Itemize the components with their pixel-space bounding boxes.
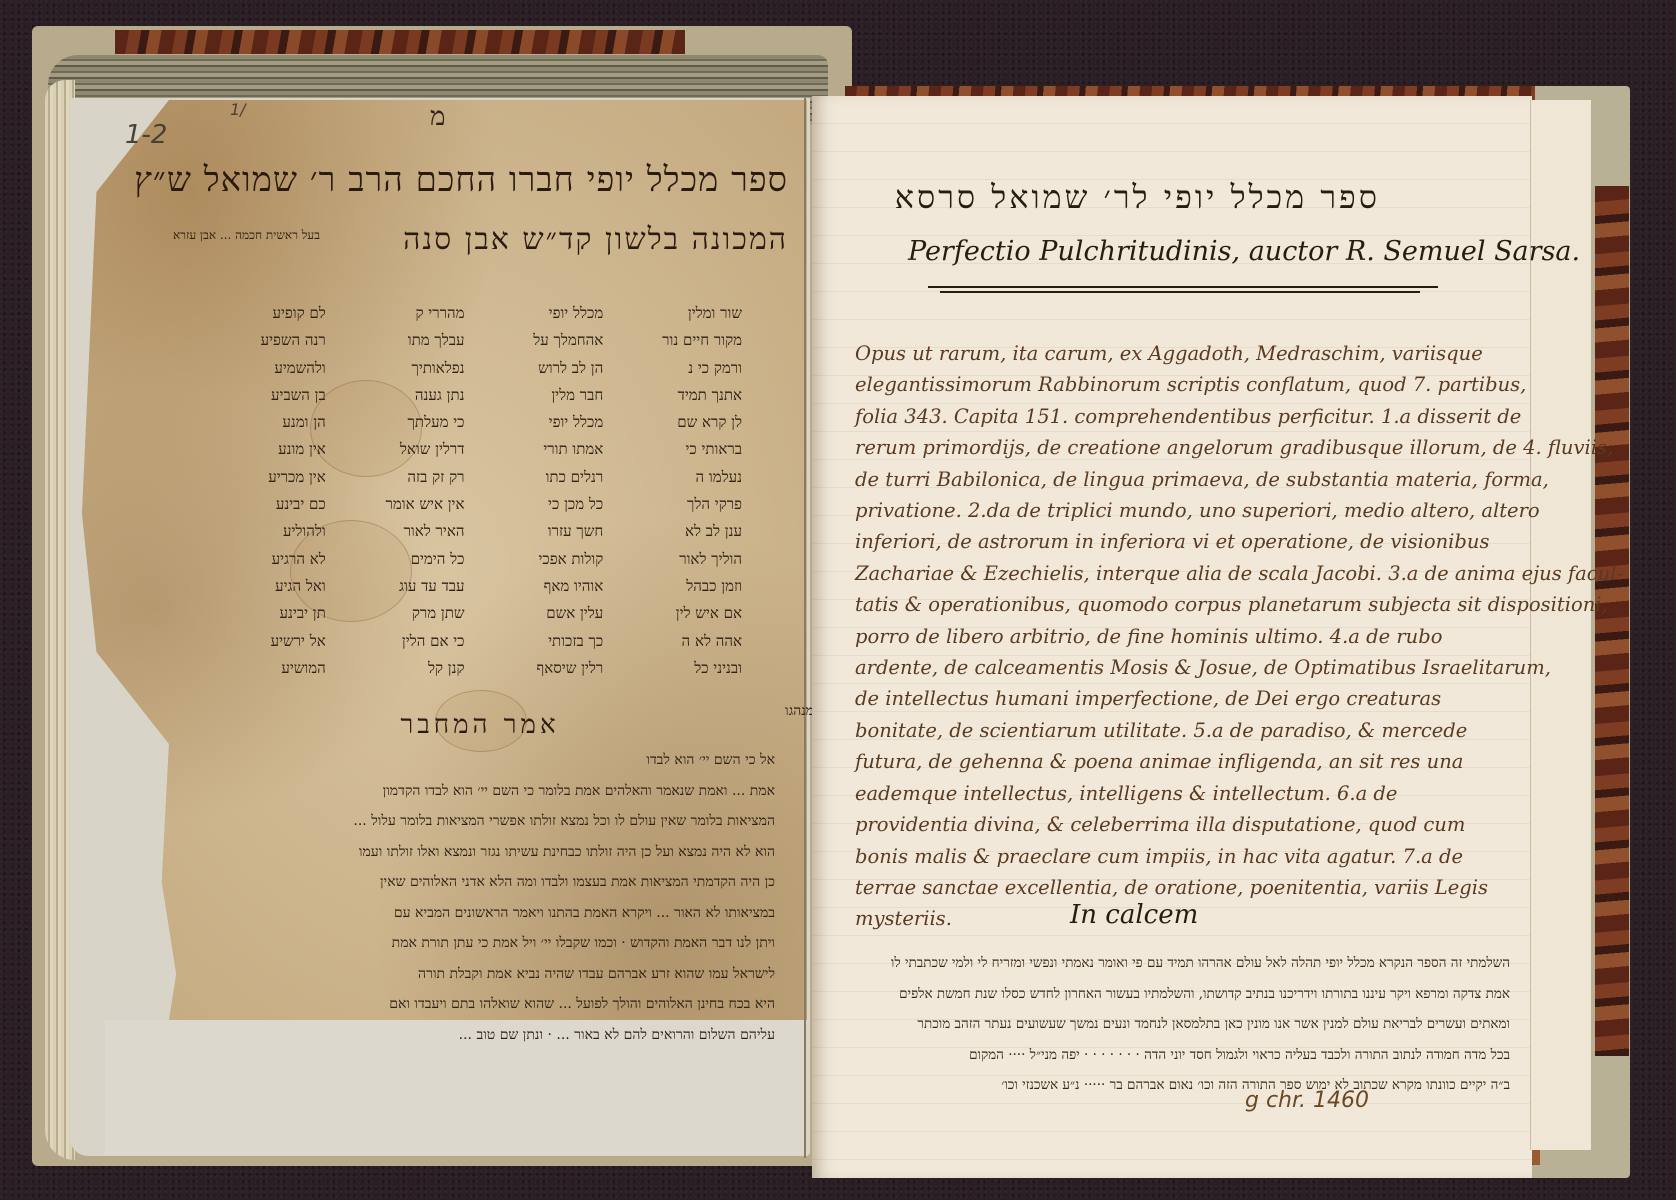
description-line: terrae sanctae excellentia, de oratione,… bbox=[855, 872, 1505, 903]
colophon-line: אמת צדקה ומרפא ויקר עיננו בתורתו וידריכנ… bbox=[835, 979, 1510, 1010]
verse-cell: נתן גענה bbox=[334, 386, 473, 413]
verse-cell: אין מונע bbox=[195, 440, 334, 467]
verse-cell: עבד עד עוג bbox=[334, 577, 473, 604]
verse-cell: בראותי כי bbox=[611, 440, 750, 467]
description-line: de intellectus humani imperfectione, de … bbox=[855, 683, 1505, 714]
preface-line: אמת ... ואמת שנאמר והאלהים אמת בלומר כי … bbox=[185, 776, 775, 807]
verse-cell: אהחמלך על bbox=[473, 331, 612, 358]
description-line: ardente, de calceamentis Mosis & Josue, … bbox=[855, 652, 1505, 683]
left-margin-note: בעל ראשית חכמה ... אבן עזרא bbox=[180, 228, 320, 242]
preface-line: עליהם השלום והרואים להם לא באור ... · ונ… bbox=[185, 1020, 775, 1051]
preface-line: היא בכח בחינן האלוהים והולך לפועל ... שה… bbox=[185, 989, 775, 1020]
description-line: Opus ut rarum, ita carum, ex Aggadoth, M… bbox=[855, 338, 1505, 369]
verse-cell: רנלים כתו bbox=[473, 468, 612, 495]
preface-line: המציאות בלומר שאין עולם לו וכל נמצא זולת… bbox=[185, 806, 775, 837]
verse-cell: הוליך לאור bbox=[611, 550, 750, 577]
verse-cell: בן השביע bbox=[195, 386, 334, 413]
in-calcem-heading: In calcem bbox=[1070, 900, 1198, 930]
left-title-line-2: המכונה בלשון קד״ש אבן סנה bbox=[300, 222, 788, 257]
verse-cell: מהררי ק bbox=[334, 304, 473, 331]
right-latin-title: Perfectio Pulchritudinis, auctor R. Semu… bbox=[908, 236, 1468, 267]
verse-cell: אל ירשיע bbox=[195, 632, 334, 659]
verse-cell: ולהשמיע bbox=[195, 359, 334, 386]
description-line: elegantissimorum Rabbinorum scriptis con… bbox=[855, 369, 1505, 400]
colophon-line: ב״ה יקיים כוונתו מקרא שכתוב לא ימוש ספר … bbox=[835, 1070, 1510, 1101]
verse-cell: עלין אשם bbox=[473, 604, 612, 631]
description-line: folia 343. Capita 151. comprehendentibus… bbox=[855, 401, 1505, 432]
title-underline-double bbox=[940, 291, 1420, 293]
title-underline bbox=[928, 286, 1438, 288]
verse-cell: אהה לא ה bbox=[611, 632, 750, 659]
preface-line: ויתן לנו דבר האמת והקדוש · וכמו שקבלו יי… bbox=[185, 928, 775, 959]
verse-cell: חבר מלין bbox=[473, 386, 612, 413]
verse-cell: כל מכן כי bbox=[473, 495, 612, 522]
verse-cell: ובניני כל bbox=[611, 659, 750, 686]
verse-cell: עבלך מתו bbox=[334, 331, 473, 358]
verse-cell: האיר לאור bbox=[334, 522, 473, 549]
verse-cell: קנן קל bbox=[334, 659, 473, 686]
verse-cell: לם קופיע bbox=[195, 304, 334, 331]
verse-cell: לן קרא שם bbox=[611, 413, 750, 440]
right-hebrew-title: ספר מכלל יופי לר׳ שמואל סרסא bbox=[900, 178, 1380, 216]
verse-cell: רלין שיסאף bbox=[473, 659, 612, 686]
verse-cell: תן יבינע bbox=[195, 604, 334, 631]
hebrew-colophon: השלמתי זה הספר הנקרא מכלל יופי תהלה לאל … bbox=[835, 948, 1510, 1101]
left-title-line-1: ספר מכלל יופי חברו החכם הרב ר׳ שמואל ש״ץ bbox=[178, 160, 788, 200]
verse-cell: אתנך תמיד bbox=[611, 386, 750, 413]
preface-line: אל כי השם יי׳ הוא לבדו bbox=[185, 745, 775, 776]
description-line: bonitate, de scientiarum utilitate. 5.a … bbox=[855, 715, 1505, 746]
verse-cell: מקור חיים נור bbox=[611, 331, 750, 358]
preface-line: הוא לא היה נמצא ועל כן היה זולתו כבחינת … bbox=[185, 837, 775, 868]
description-line: bonis malis & praeclare cum impiis, in h… bbox=[855, 841, 1505, 872]
verse-cell: אוהיו מאף bbox=[473, 577, 612, 604]
verse-cell: הן לב לרוש bbox=[473, 359, 612, 386]
description-line: rerum primordijs, de creatione angelorum… bbox=[855, 432, 1505, 463]
verse-cell: לא הרגיע bbox=[195, 550, 334, 577]
verse-cell: כי אם הלין bbox=[334, 632, 473, 659]
section-heading: אמר המחבר bbox=[350, 710, 610, 740]
verse-cell: אין איש אומר bbox=[334, 495, 473, 522]
verse-cell: קולות אפכי bbox=[473, 550, 612, 577]
colophon-line: ומאתים ועשרים לבריאת עולם למנין אשר אנו … bbox=[835, 1009, 1510, 1040]
description-line: tatis & operationibus, quomodo corpus pl… bbox=[855, 589, 1505, 620]
description-line: inferiori, de astrorum in inferiora vi e… bbox=[855, 526, 1505, 557]
hebrew-folio-letter: מ bbox=[430, 102, 445, 132]
verse-cell: מכלל יופי bbox=[473, 304, 612, 331]
verse-cell: אם איש לין bbox=[611, 604, 750, 631]
preface-line: לישראל עמו שהוא זרע אברהם עבדו שהיה נביא… bbox=[185, 959, 775, 990]
verse-cell: ולהוליע bbox=[195, 522, 334, 549]
verse-cell: הן ומנע bbox=[195, 413, 334, 440]
verse-cell: נעלמו ה bbox=[611, 468, 750, 495]
verse-cell: אמתו תורי bbox=[473, 440, 612, 467]
colophon-line: בכל מדה חמודה לנתוב התורה ולכבד בעליה כר… bbox=[835, 1040, 1510, 1071]
verse-cell: ורמק כי נ bbox=[611, 359, 750, 386]
verse-cell: שור ומלין bbox=[611, 304, 750, 331]
verse-table: שור ומליןמכלל יופימהררי קלם קופיעמקור חי… bbox=[195, 304, 750, 674]
description-line: futura, de gehenna & poena animae inflig… bbox=[855, 746, 1505, 777]
description-line: providentia divina, & celeberrima illa d… bbox=[855, 809, 1505, 840]
description-line: de turri Babilonica, de lingua primaeva,… bbox=[855, 464, 1505, 495]
verse-cell: כל הימים bbox=[334, 550, 473, 577]
right-marbled-cover-side bbox=[1595, 186, 1629, 1056]
preface-line: במציאותו לא האור ... ויקרא האמת בהתנו וי… bbox=[185, 898, 775, 929]
preface-line: כן היה הקדמתי המציאות אמת בעצמו ולבדו ומ… bbox=[185, 867, 775, 898]
verse-cell: וזמן כבהל bbox=[611, 577, 750, 604]
colophon-line: השלמתי זה הספר הנקרא מכלל יופי תהלה לאל … bbox=[835, 948, 1510, 979]
description-line: Zachariae & Ezechielis, interque alia de… bbox=[855, 558, 1505, 589]
verse-cell: כך בזכותי bbox=[473, 632, 612, 659]
verse-cell: המושיע bbox=[195, 659, 334, 686]
left-marbled-cover-edge bbox=[115, 30, 685, 54]
verse-cell: רק זק בזה bbox=[334, 468, 473, 495]
pencil-top-mark: 1/ bbox=[230, 100, 246, 119]
verse-cell: חשך עזרו bbox=[473, 522, 612, 549]
verse-cell: ענן לב לא bbox=[611, 522, 750, 549]
description-line: privatione. 2.da de triplici mundo, uno … bbox=[855, 495, 1505, 526]
gutter-line bbox=[804, 98, 806, 1158]
verse-cell: רנה השפיע bbox=[195, 331, 334, 358]
verse-cell: שתן מרק bbox=[334, 604, 473, 631]
verse-cell: דרלין שואל bbox=[334, 440, 473, 467]
shelfmark: g chr. 1460 bbox=[1245, 1088, 1369, 1113]
verse-cell: פרקי הלך bbox=[611, 495, 750, 522]
verse-cell: כם יבינע bbox=[195, 495, 334, 522]
verse-cell: כי מעלתך bbox=[334, 413, 473, 440]
verse-cell: אין מכריע bbox=[195, 468, 334, 495]
author-preface-paragraph: אל כי השם יי׳ הוא לבדואמת ... ואמת שנאמר… bbox=[185, 745, 775, 1050]
verse-cell: מכלל יופי bbox=[473, 413, 612, 440]
latin-description: Opus ut rarum, ita carum, ex Aggadoth, M… bbox=[855, 338, 1505, 935]
description-line: eademque intellectus, intelligens & inte… bbox=[855, 778, 1505, 809]
verse-cell: נפלאותיך bbox=[334, 359, 473, 386]
pencil-folio-number: 1-2 bbox=[125, 120, 167, 150]
description-line: porro de libero arbitrio, de fine homini… bbox=[855, 621, 1505, 652]
verse-cell: ואל הגיע bbox=[195, 577, 334, 604]
